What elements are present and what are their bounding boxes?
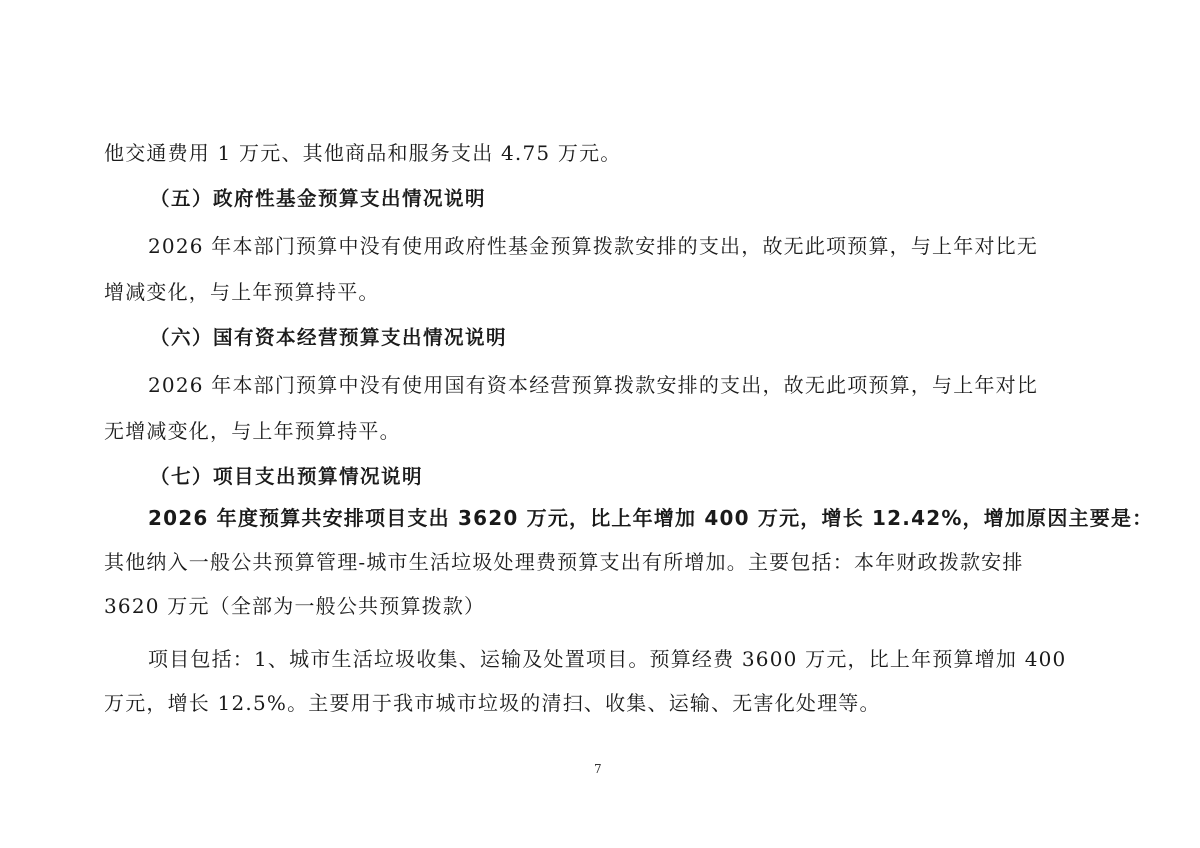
section-heading-state-capital: （六）国有资本经营预算支出情况说明 (150, 324, 507, 352)
paragraph-continuation: 他交通费用 1 万元、其他商品和服务支出 4.75 万元。 (104, 139, 622, 167)
paragraph-line: 2026 年本部门预算中没有使用政府性基金预算拨款安排的支出，故无此项预算，与上… (148, 232, 1038, 260)
paragraph-line: 项目包括：1、城市生活垃圾收集、运输及处置项目。预算经费 3600 万元，比上年… (148, 645, 1066, 673)
paragraph-line: 增减变化，与上年预算持平。 (104, 278, 380, 306)
section-heading-government-fund: （五）政府性基金预算支出情况说明 (150, 185, 486, 213)
document-page: 他交通费用 1 万元、其他商品和服务支出 4.75 万元。 （五）政府性基金预算… (0, 0, 1200, 848)
paragraph-line-bold: 2026 年度预算共安排项目支出 3620 万元，比上年增加 400 万元，增长… (148, 504, 1153, 532)
section-heading-project-expenditure: （七）项目支出预算情况说明 (150, 463, 423, 491)
paragraph-line: 3620 万元（全部为一般公共预算拨款） (104, 592, 485, 620)
paragraph-line: 2026 年本部门预算中没有使用国有资本经营预算拨款安排的支出，故无此项预算，与… (148, 371, 1038, 399)
paragraph-line: 无增减变化，与上年预算持平。 (104, 417, 401, 445)
paragraph-line: 其他纳入一般公共预算管理-城市生活垃圾处理费预算支出有所增加。主要包括：本年财政… (104, 548, 1024, 576)
paragraph-line: 万元，增长 12.5%。主要用于我市城市垃圾的清扫、收集、运输、无害化处理等。 (104, 689, 881, 717)
page-number: 7 (594, 762, 602, 776)
